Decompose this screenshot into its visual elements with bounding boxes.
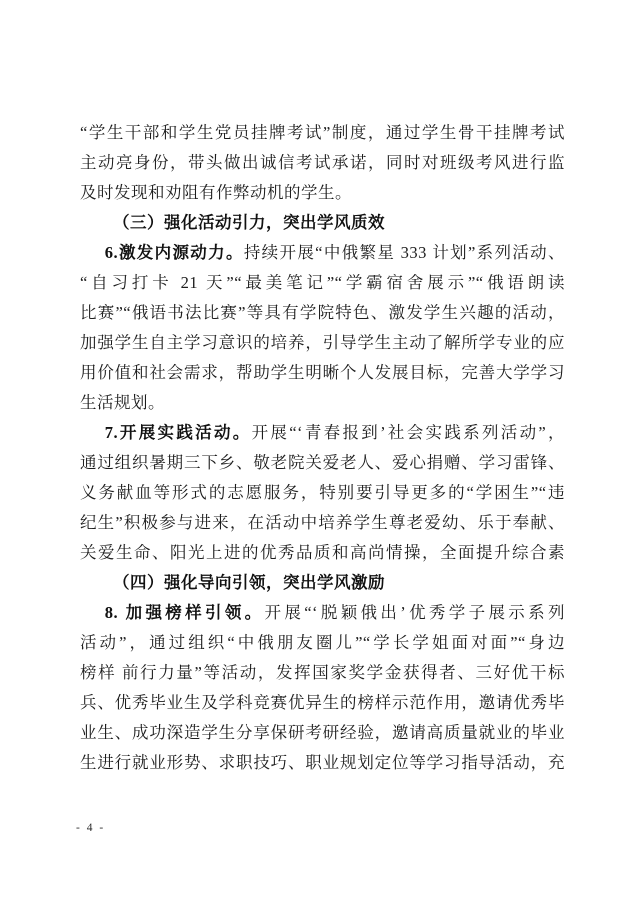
section-heading: （三）强化活动引力，突出学风质效 [80,208,565,238]
text-line: 活动”，通过组织“中俄朋友圈儿”“学长学姐面对面”“身边 [80,628,565,658]
text-line: 加强学生自主学习意识的培养，引导学生主动了解所学专业的应 [80,328,565,358]
page-number: - 4 - [76,822,105,834]
text-line: 比赛”“俄语书法比赛”等具有学院特色、激发学生兴趣的活动， [80,298,565,328]
paragraph-lead: 6.激发内源动力。 [105,243,244,262]
text-line: 6.激发内源动力。持续开展“中俄繁星 333 计划”系列活动、 [80,238,565,268]
paragraph-lead: 7.开展实践活动。 [105,423,252,442]
text-line: 通过组织暑期三下乡、敬老院关爱老人、爱心捐赠、学习雷锋、 [80,448,565,478]
text-line: 主动亮身份，带头做出诚信考试承诺，同时对班级考风进行监督， [80,148,565,178]
text-line: 生活规划。 [80,388,565,418]
section-heading: （四）强化导向引领，突出学风激励 [80,568,565,598]
text-line: 及时发现和劝阻有作弊动机的学生。 [80,178,565,208]
document-page: “学生干部和学生党员挂牌考试”制度，通过学生骨干挂牌考试主动亮身份，带头做出诚信… [0,0,639,904]
text-line: 榜样 前行力量”等活动，发挥国家奖学金获得者、三好优干标 [80,658,565,688]
paragraph-lead: 8. 加强榜样引领。 [105,603,265,622]
text-line: 7.开展实践活动。开展“‘青春报到’社会实践系列活动”， [80,418,565,448]
text-line: 兵、优秀毕业生及学科竞赛优异生的榜样示范作用，邀请优秀毕 [80,688,565,718]
text-line: “自习打卡 21 天”“最美笔记”“学霸宿舍展示”“俄语朗读 [80,268,565,298]
text-line: 用价值和社会需求，帮助学生明晰个人发展目标，完善大学学习 [80,358,565,388]
document-body: “学生干部和学生党员挂牌考试”制度，通过学生骨干挂牌考试主动亮身份，带头做出诚信… [80,118,565,778]
text-line: 8. 加强榜样引领。开展“‘脱颖俄出’优秀学子展示系列 [80,598,565,628]
text-line: 纪生”积极参与进来，在活动中培养学生尊老爱幼、乐于奉献、 [80,508,565,538]
text-line: 义务献血等形式的志愿服务，特别要引导更多的“学困生”“违 [80,478,565,508]
text-line: “学生干部和学生党员挂牌考试”制度，通过学生骨干挂牌考试 [80,118,565,148]
text-line: 业生、成功深造学生分享保研考研经验，邀请高质量就业的毕业 [80,718,565,748]
text-line: 关爱生命、阳光上进的优秀品质和高尚情操，全面提升综合素质。 [80,538,565,568]
text-line: 生进行就业形势、求职技巧、职业规划定位等学习指导活动，充 [80,748,565,778]
